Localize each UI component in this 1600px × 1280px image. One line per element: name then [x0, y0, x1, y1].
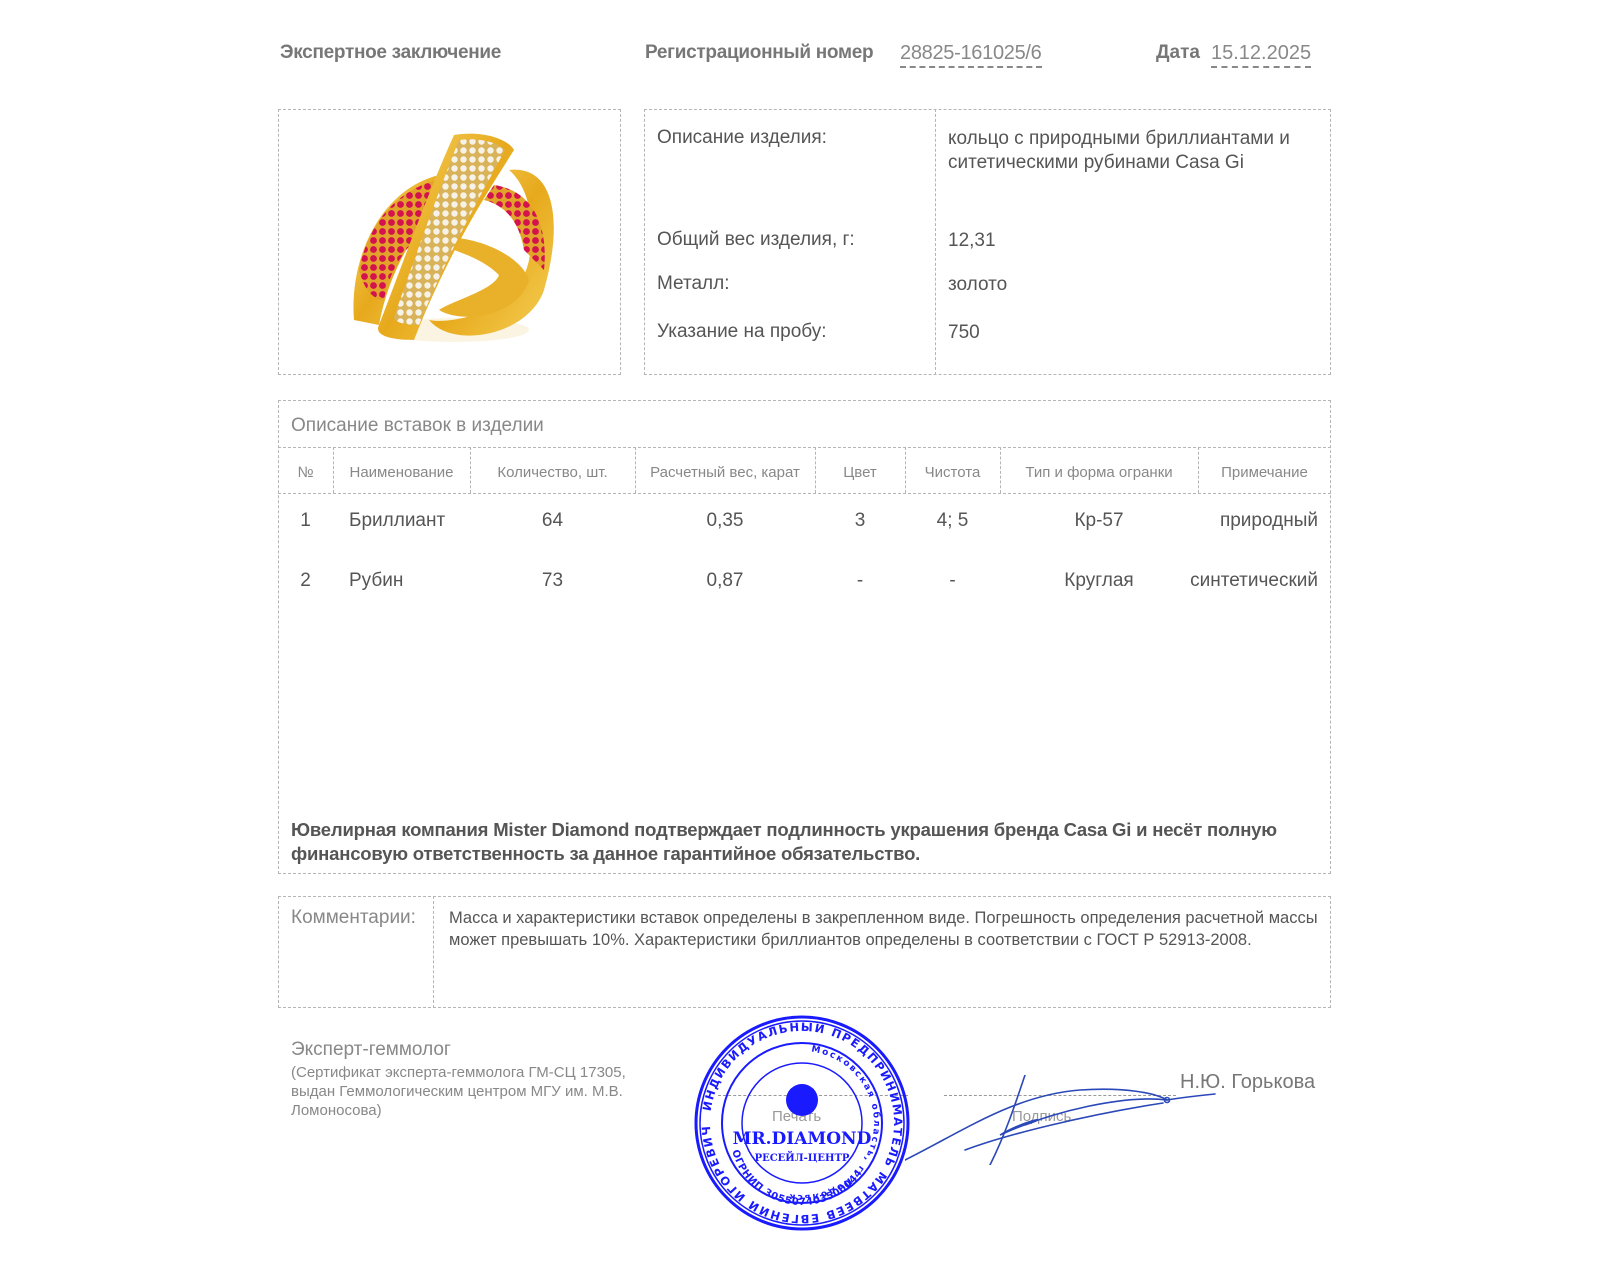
table-cell-col-quantity: 73: [470, 570, 635, 592]
expert-certificate-note: (Сертификат эксперта-геммолога ГМ-СЦ 173…: [291, 1063, 671, 1120]
table-cell-col-number: 1: [278, 510, 333, 532]
table-cell-col-note: природный: [1168, 510, 1318, 532]
hallmark-label: Указание на пробу:: [657, 321, 827, 343]
registration-number-value: 28825-161025/6: [900, 42, 1042, 68]
svg-text:MR.DIAMOND: MR.DIAMOND: [733, 1129, 872, 1149]
table-cell-col-clarity: 4; 5: [905, 510, 1000, 532]
table-header-col-weight: Расчетный вес, карат: [635, 464, 815, 481]
expert-title: Эксперт-геммолог: [291, 1039, 451, 1061]
registration-number-label: Регистрационный номер: [645, 42, 873, 64]
table-cell-col-weight: 0,87: [635, 570, 815, 592]
table-header-col-color: Цвет: [815, 464, 905, 481]
table-cell-col-weight: 0,35: [635, 510, 815, 532]
column-separator: [1000, 447, 1001, 493]
total-weight-value: 12,31: [948, 229, 1328, 253]
table-header-col-number: №: [278, 464, 333, 481]
table-cell-col-name: Рубин: [349, 570, 403, 592]
description-label: Описание изделия:: [657, 127, 827, 149]
description-value: кольцо с природными бриллиантами и ситет…: [948, 127, 1328, 175]
description-divider: [935, 109, 936, 375]
comments-label: Комментарии:: [291, 907, 416, 929]
table-cell-col-quantity: 64: [470, 510, 635, 532]
table-header-col-quantity: Количество, шт.: [470, 464, 635, 481]
metal-value: золото: [948, 273, 1328, 297]
table-cell-col-note: синтетический: [1168, 570, 1318, 592]
column-separator: [333, 447, 334, 493]
warranty-statement: Ювелирная компания Mister Diamond подтве…: [291, 818, 1336, 866]
table-cell-col-color: -: [815, 570, 905, 592]
column-separator: [635, 447, 636, 493]
table-header-top-border: [278, 447, 1331, 448]
table-cell-col-name: Бриллиант: [349, 510, 445, 532]
table-header-col-name: Наименование: [333, 464, 470, 481]
svg-text:РЕСЕЙЛ-ЦЕНТР: РЕСЕЙЛ-ЦЕНТР: [755, 1151, 850, 1164]
column-separator: [1198, 447, 1199, 493]
total-weight-label: Общий вес изделия, г:: [657, 229, 855, 251]
comments-divider: [433, 896, 434, 1008]
hallmark-value: 750: [948, 321, 1328, 345]
table-header-bottom-border: [278, 493, 1331, 494]
table-cell-col-clarity: -: [905, 570, 1000, 592]
table-cell-col-color: 3: [815, 510, 905, 532]
table-header-col-cut: Тип и форма огранки: [1000, 464, 1198, 481]
column-separator: [905, 447, 906, 493]
inserts-title: Описание вставок в изделии: [291, 415, 544, 437]
table-header-col-note: Примечание: [1198, 464, 1331, 481]
table-header-col-clarity: Чистота: [905, 464, 1000, 481]
ring-photo-icon: [279, 110, 619, 372]
table-cell-col-number: 2: [278, 570, 333, 592]
date-label: Дата: [1156, 42, 1200, 64]
column-separator: [470, 447, 471, 493]
metal-label: Металл:: [657, 273, 729, 295]
comments-text: Масса и характеристики вставок определен…: [449, 907, 1329, 951]
svg-text:Московская область, г. Подольс: Московская область, г. Подольск: [787, 1045, 882, 1203]
column-separator: [815, 447, 816, 493]
company-stamp-icon: ИНДИВИДУАЛЬНЫЙ ПРЕДПРИНИМАТЕЛЬ МАТВЕЕВ Е…: [692, 1013, 912, 1233]
document-title: Экспертное заключение: [280, 42, 501, 64]
date-value: 15.12.2025: [1211, 42, 1311, 68]
handwritten-signature-icon: [905, 1075, 1235, 1165]
product-image-box: [278, 109, 621, 375]
